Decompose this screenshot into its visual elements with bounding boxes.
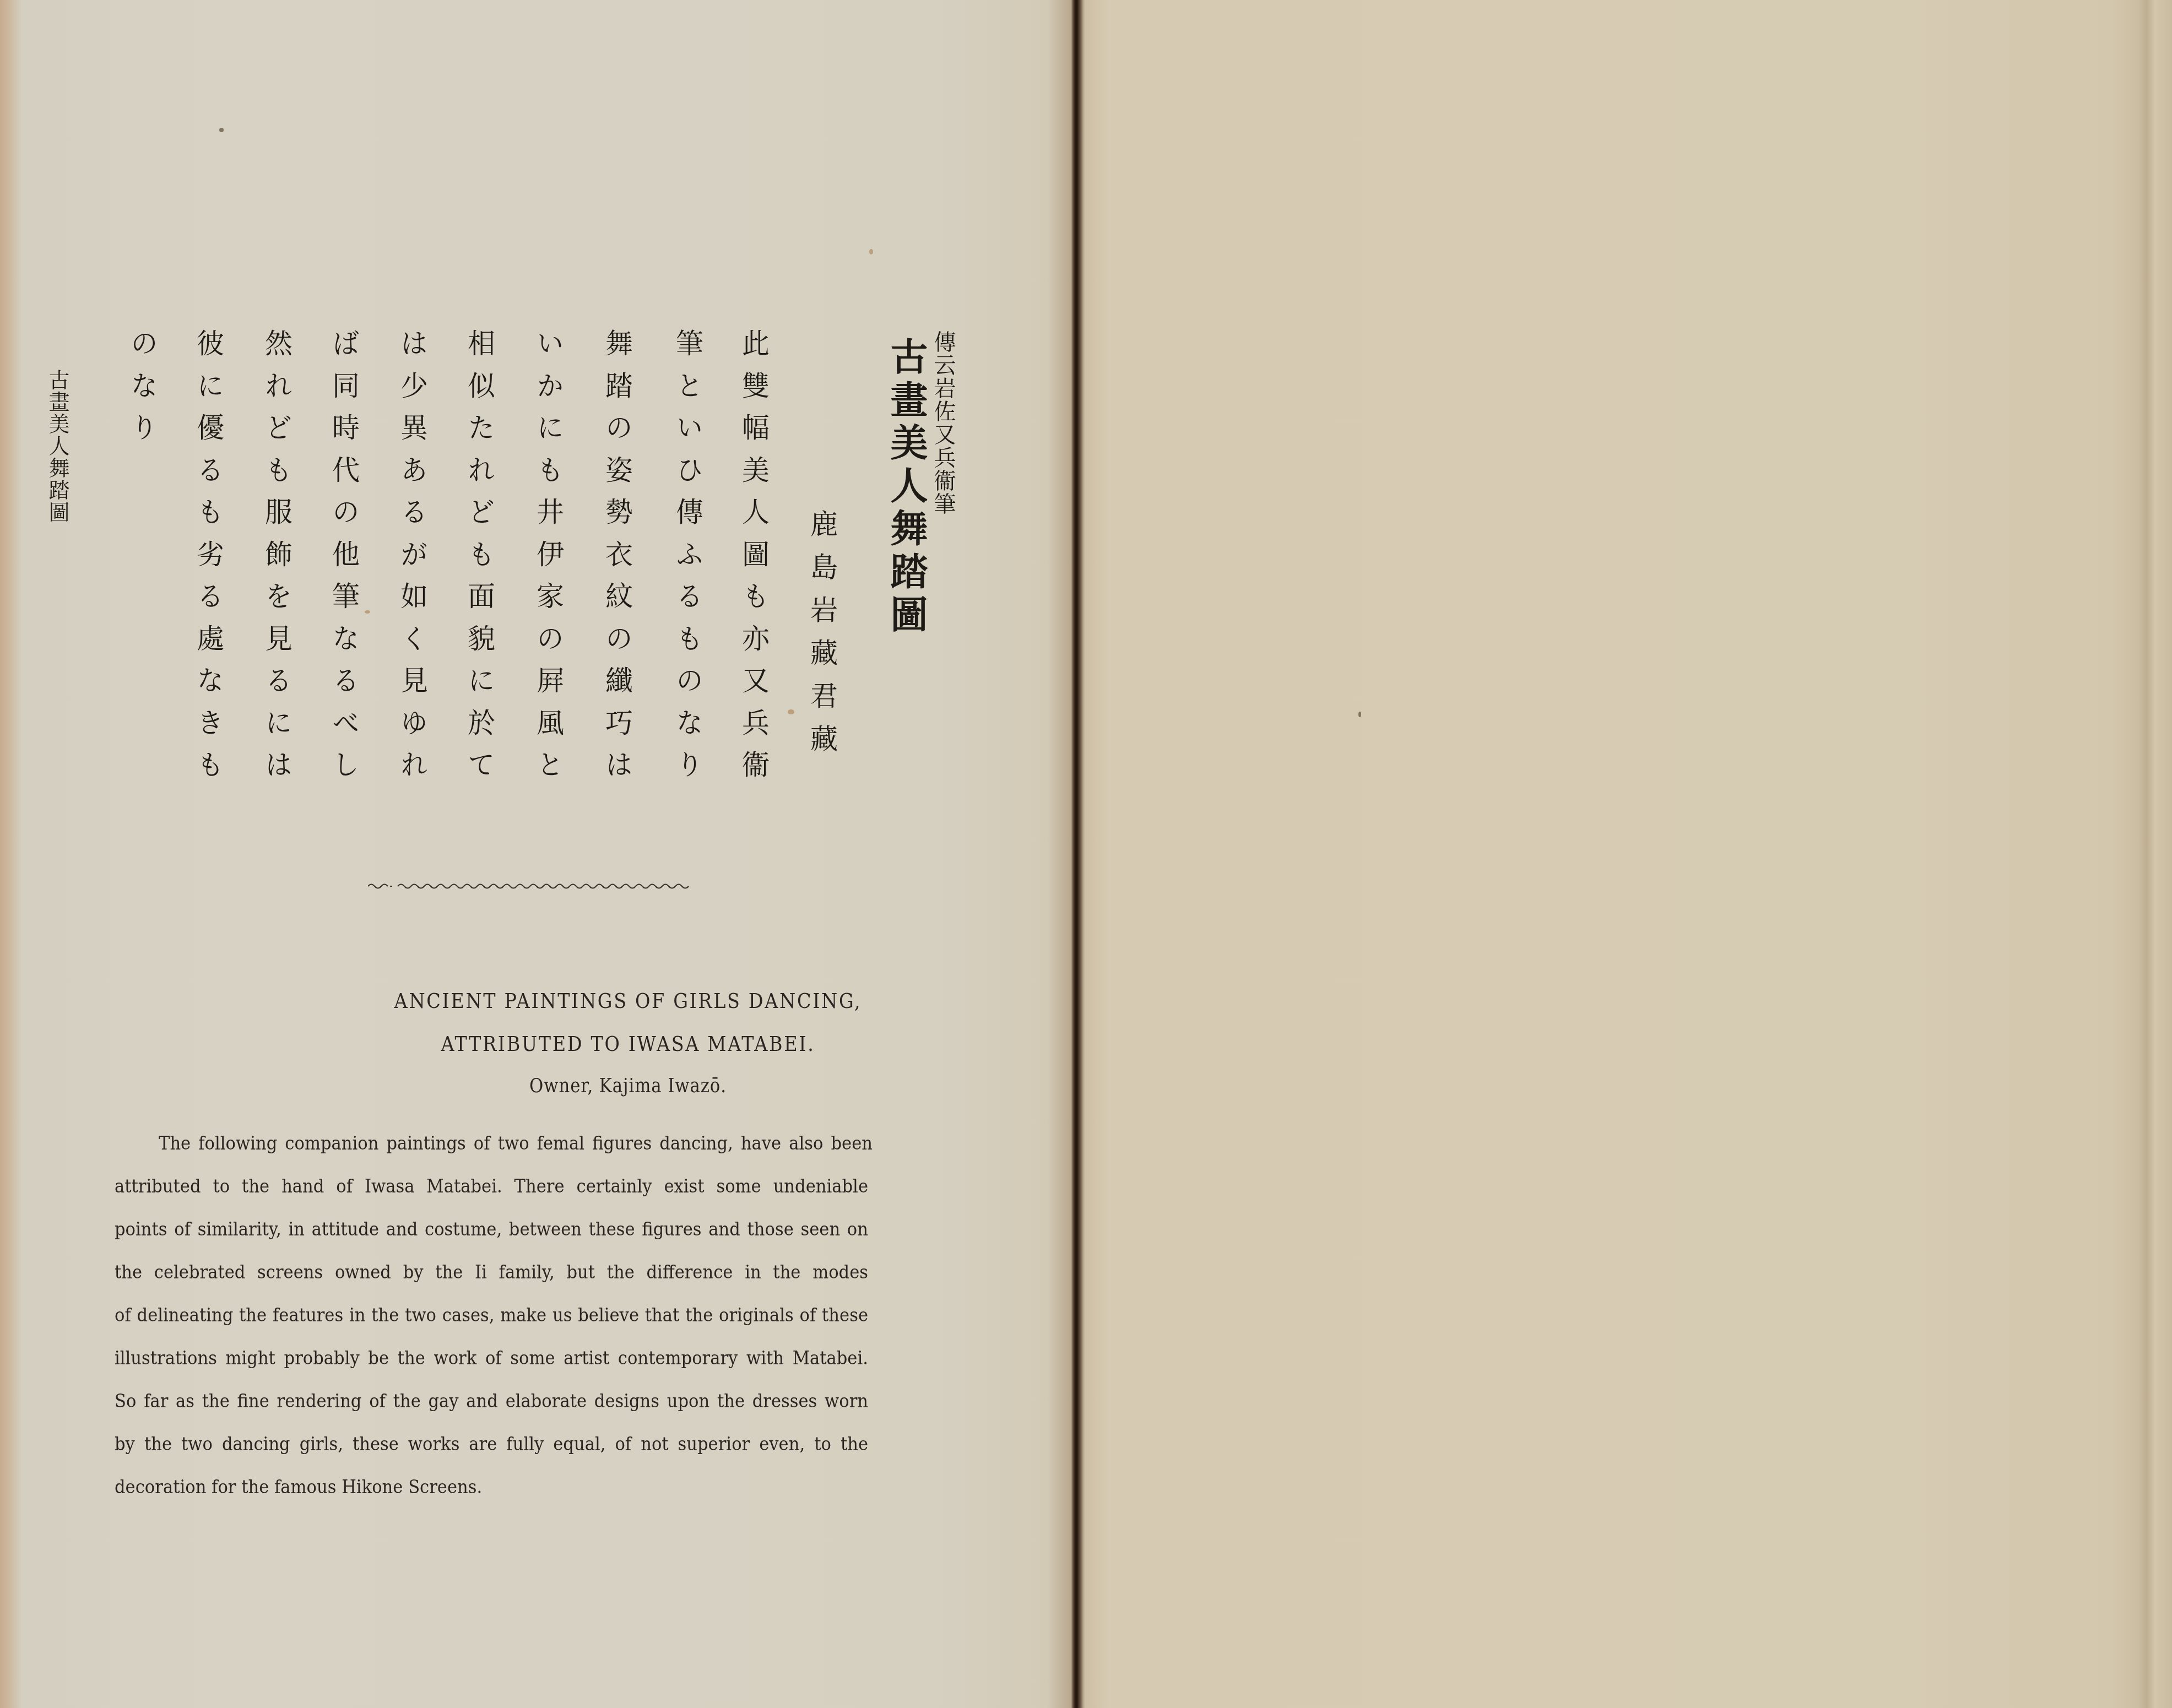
- japanese-body-column-1: 此雙幅美人圖も亦又兵衞: [737, 329, 770, 793]
- english-owner-line: Owner, Kajima Iwazō.: [279, 1075, 977, 1097]
- japanese-body-column-7: ば同時代の他筆なるべし: [327, 329, 360, 793]
- japanese-body-column-5: 相似たれども面貌に於て: [463, 329, 496, 793]
- paragraph-line: The following companion paintings of two…: [159, 1132, 873, 1154]
- paper-speck: [365, 610, 370, 614]
- paragraph-line: the celebrated screens owned by the Ii f…: [115, 1261, 868, 1283]
- owner-line-japanese: 鹿島岩藏君藏: [805, 509, 838, 767]
- paragraph-line: points of similarity, in attitude and co…: [115, 1218, 868, 1240]
- wavy-divider: [368, 879, 702, 891]
- japanese-title: 古畫美人舞踏圖: [884, 337, 928, 638]
- book-spine: [1071, 0, 1083, 1708]
- japanese-body-column-6: は少異あるが如く見ゆれ: [396, 329, 429, 793]
- paragraph-line: illustrations might probably be the work…: [115, 1347, 868, 1369]
- running-head: 古畫美人舞踏圖: [45, 369, 69, 523]
- japanese-body-column-4: いかにも井伊家の屛風と: [532, 329, 565, 793]
- paper-speck: [869, 249, 873, 254]
- paragraph-line: attributed to the hand of Iwasa Matabei.…: [115, 1175, 868, 1197]
- japanese-body-column-10: のなり: [126, 329, 159, 456]
- japanese-body-column-2: 筆といひ傳ふるものなり: [671, 329, 704, 793]
- paragraph-line: decoration for the famous Hikone Screens…: [115, 1476, 868, 1498]
- japanese-body-column-3: 舞踏の姿勢衣紋の纖巧は: [600, 329, 633, 793]
- paragraph-line: of delineating the features in the two c…: [115, 1304, 868, 1326]
- paragraph-line: So far as the fine rendering of the gay …: [115, 1390, 868, 1412]
- right-page-blank: [1075, 0, 2172, 1708]
- paragraph-line: by the two dancing girls, these works ar…: [115, 1433, 868, 1455]
- paper-speck: [788, 709, 794, 714]
- japanese-body-column-9: 彼に優るも劣る處なきも: [192, 329, 225, 793]
- paper-speck: [1358, 712, 1361, 717]
- english-title-line-2: ATTRIBUTED TO IWASA MATABEI.: [279, 1032, 977, 1056]
- japanese-body-column-8: 然れども服飾を見るには: [260, 329, 293, 793]
- paper-speck: [219, 128, 224, 132]
- english-title-line-1: ANCIENT PAINTINGS OF GIRLS DANCING,: [279, 989, 977, 1013]
- attribution-line: 傳云岩佐又兵衞筆: [931, 330, 955, 516]
